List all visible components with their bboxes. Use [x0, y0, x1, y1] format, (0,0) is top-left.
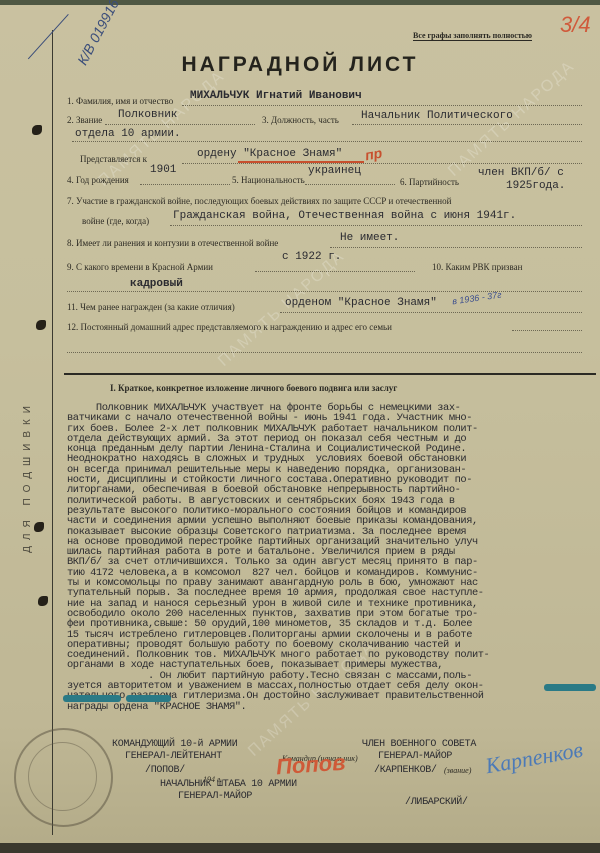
- field-7-label: 7. Участие в гражданской войне, последую…: [67, 196, 451, 206]
- binding-margin-line: [52, 30, 53, 835]
- field-6-label: 6. Партийность: [400, 177, 459, 187]
- blue-signature: Карпенков: [483, 737, 584, 780]
- field-3-line-cont: [72, 141, 582, 142]
- red-pencil-mark: пр: [364, 145, 384, 164]
- field-7-label-cont: войне (где, когда): [82, 216, 149, 226]
- form-caption-2: (звание): [444, 766, 471, 775]
- field-9-label: 9. С какого времени в Красной Армии: [67, 262, 213, 272]
- page-number: 3/4: [560, 12, 591, 38]
- redaction-mark: [544, 684, 596, 691]
- council-rank: ГЕНЕРАЛ-МАЙОР: [378, 751, 452, 762]
- field-9-line: [255, 271, 415, 272]
- field-10-label: 10. Каким РВК призван: [432, 262, 522, 272]
- field-5-line: [305, 184, 395, 185]
- field-8-label: 8. Имеет ли ранения и контузии в отечест…: [67, 238, 278, 248]
- field-5-label: 5. Национальность: [232, 175, 305, 185]
- field-3-value-cont: отдела 10 армии.: [75, 128, 181, 140]
- commander-title: КОМАНДУЮЩИЙ 10-й АРМИИ: [112, 739, 237, 750]
- page-top-edge: [0, 0, 600, 5]
- official-stamp: [14, 728, 113, 827]
- field-4-label: 4. Год рождения: [67, 175, 129, 185]
- field-11-handwritten-note: в 1936 - 37г: [452, 290, 503, 307]
- field-8-line: [330, 247, 582, 248]
- page-title: НАГРАДНОЙ ЛИСТ: [0, 53, 600, 77]
- field-6-value: член ВКП/б/ с: [478, 167, 564, 179]
- commander-rank: ГЕНЕРАЛ-ЛЕЙТЕНАНТ: [125, 751, 222, 762]
- field-1-label: 1. Фамилия, имя и отчество: [67, 96, 173, 106]
- section-1-text: Полковник МИХАЛЬЧУК участвует на фронте …: [67, 403, 597, 712]
- field-7-value: Гражданская война, Отечественная война с…: [173, 210, 516, 222]
- field-6-value-cont: 1925года.: [506, 180, 565, 192]
- field-10-value: кадровый: [130, 278, 183, 290]
- staff-name: /ЛИБАРСКИЙ/: [405, 797, 468, 808]
- field-1-value: МИХАЛЬЧУК Игнатий Иванович: [190, 90, 362, 102]
- staff-title: НАЧАЛЬНИК ШТАБА 10 АРМИИ: [160, 779, 297, 790]
- award-sheet-page: ПАМЯТЬ НАРОДА ПАМЯТЬ НАРОДА ПАМЯТЬ НАРОД…: [0, 0, 600, 853]
- field-12-line-2: [67, 352, 582, 353]
- field-9-value: с 1922 г.: [282, 251, 341, 263]
- field-2-label: 2. Звание: [67, 115, 102, 125]
- redaction-mark: [63, 695, 121, 702]
- field-1-line: [182, 105, 582, 106]
- council-title: ЧЛЕН ВОЕННОГО СОВЕТА: [362, 739, 476, 750]
- field-12-line: [512, 330, 582, 331]
- redaction-mark: [126, 695, 171, 702]
- section-1-heading: I. Краткое, конкретное изложение личного…: [110, 383, 397, 393]
- field-11-value: орденом "Красное Знамя": [285, 297, 437, 309]
- field-3-label: 3. Должность, часть: [262, 115, 339, 125]
- nominated-line: [182, 163, 582, 164]
- field-8-value: Не имеет.: [340, 232, 399, 244]
- field-11-line: [280, 312, 582, 313]
- field-2-value: Полковник: [118, 109, 177, 121]
- staff-rank: ГЕНЕРАЛ-МАЙОР: [178, 791, 252, 802]
- field-3-value: Начальник Политического: [361, 110, 513, 122]
- binding-label: ДЛЯ ПОДШИВКИ: [22, 400, 34, 553]
- fill-hint: Все графы заполнять полностью: [413, 31, 532, 41]
- field-10-line: [67, 291, 582, 292]
- nominated-value: ордену "Красное Знамя": [197, 148, 342, 160]
- section-divider: [64, 373, 596, 375]
- field-4-line: [140, 184, 230, 185]
- field-4-value: 1901: [150, 164, 176, 176]
- field-12-label: 12. Постоянный домашний адрес представля…: [67, 322, 392, 332]
- field-3-line: [352, 124, 582, 125]
- field-11-label: 11. Чем ранее награжден (за какие отличи…: [67, 302, 235, 312]
- council-name: /КАРПЕНКОВ/: [374, 765, 437, 776]
- commander-name: /ПОПОВ/: [145, 765, 185, 776]
- red-signature: Попов: [275, 750, 346, 781]
- field-5-value: украинец: [308, 165, 361, 177]
- field-7-line: [170, 225, 582, 226]
- nominated-label: Представляется к: [80, 154, 147, 164]
- field-2-line: [105, 124, 255, 125]
